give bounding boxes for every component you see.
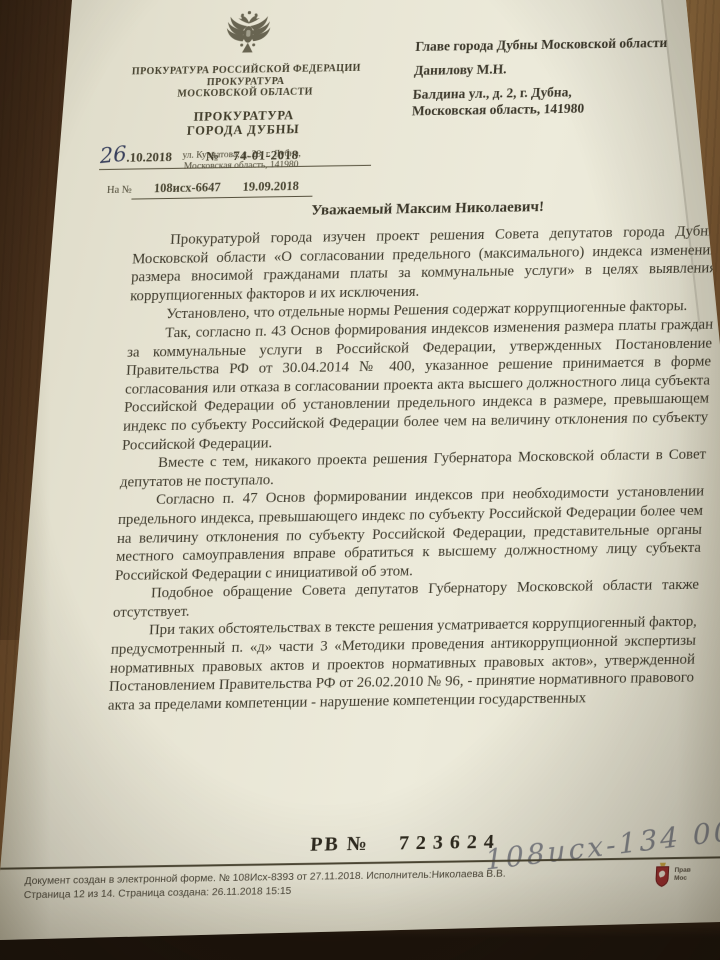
addressee-name: Данилову М.Н. — [414, 59, 671, 79]
footer-divider — [0, 856, 720, 870]
document-content: ПРОКУРАТУРА РОССИЙСКОЙ ФЕДЕРАЦИИ ПРОКУРА… — [0, 0, 720, 960]
reference-values: 108исх-664719.09.2018 — [131, 179, 313, 200]
reference-label: На № — [107, 185, 132, 196]
number-sign: № — [205, 148, 219, 164]
outgoing-number: 74-01-2018 — [233, 147, 300, 164]
footer-logo: Прав Мос — [654, 861, 692, 889]
moscow-region-coat-of-arms-icon — [654, 861, 671, 888]
footer-logo-caption: Прав Мос — [674, 867, 691, 883]
russia-coat-of-arms-icon — [223, 7, 274, 60]
addressee-region: Московская область, 141980 — [412, 99, 669, 119]
addressee-block: Главе города Дубны Московской области Да… — [412, 35, 672, 119]
footer-metadata: Документ создан в электронной форме. № 1… — [23, 868, 506, 903]
printed-date: .10.2018 — [126, 149, 172, 166]
paragraph: Согласно п. 47 Основ формировании индекс… — [115, 483, 705, 585]
letter-body: Прокуратурой города изучен проект решени… — [107, 222, 718, 715]
reference-date: 19.09.2018 — [242, 179, 299, 194]
paragraph: Так, согласно п. 43 Основ формирования и… — [122, 315, 714, 454]
handwritten-day: 26 — [100, 148, 127, 161]
reference-row: На № 108исх-664719.09.2018 — [106, 179, 313, 200]
document-paper: ПРОКУРАТУРА РОССИЙСКОЙ ФЕДЕРАЦИИ ПРОКУРА… — [0, 0, 720, 960]
stamp-label: РВ № — [310, 833, 370, 856]
paragraph: Прокуратурой города изучен проект решени… — [130, 222, 719, 306]
document-photo: ПРОКУРАТУРА РОССИЙСКОЙ ФЕДЕРАЦИИ ПРОКУРА… — [0, 0, 720, 960]
paragraph: При таких обстоятельствах в тексте решен… — [107, 613, 697, 715]
issuing-office: ПРОКУРАТУРА ГОРОДА ДУБНЫ — [93, 106, 395, 140]
logo-caption-line: Мос — [674, 875, 691, 883]
addressee-title: Главе города Дубны Московской области — [415, 35, 672, 55]
parent-organization: ПРОКУРАТУРА РОССИЙСКОЙ ФЕДЕРАЦИИ ПРОКУРА… — [95, 62, 397, 101]
logo-caption-line: Прав — [674, 867, 691, 875]
reference-number: 108исх-6647 — [154, 180, 222, 195]
salutation: Уважаемый Максим Николаевич! — [252, 198, 603, 221]
registration-stamp: РВ №723624 — [310, 831, 502, 857]
date-and-number-row: 26.10.2018 № 74-01-2018 — [99, 146, 372, 170]
